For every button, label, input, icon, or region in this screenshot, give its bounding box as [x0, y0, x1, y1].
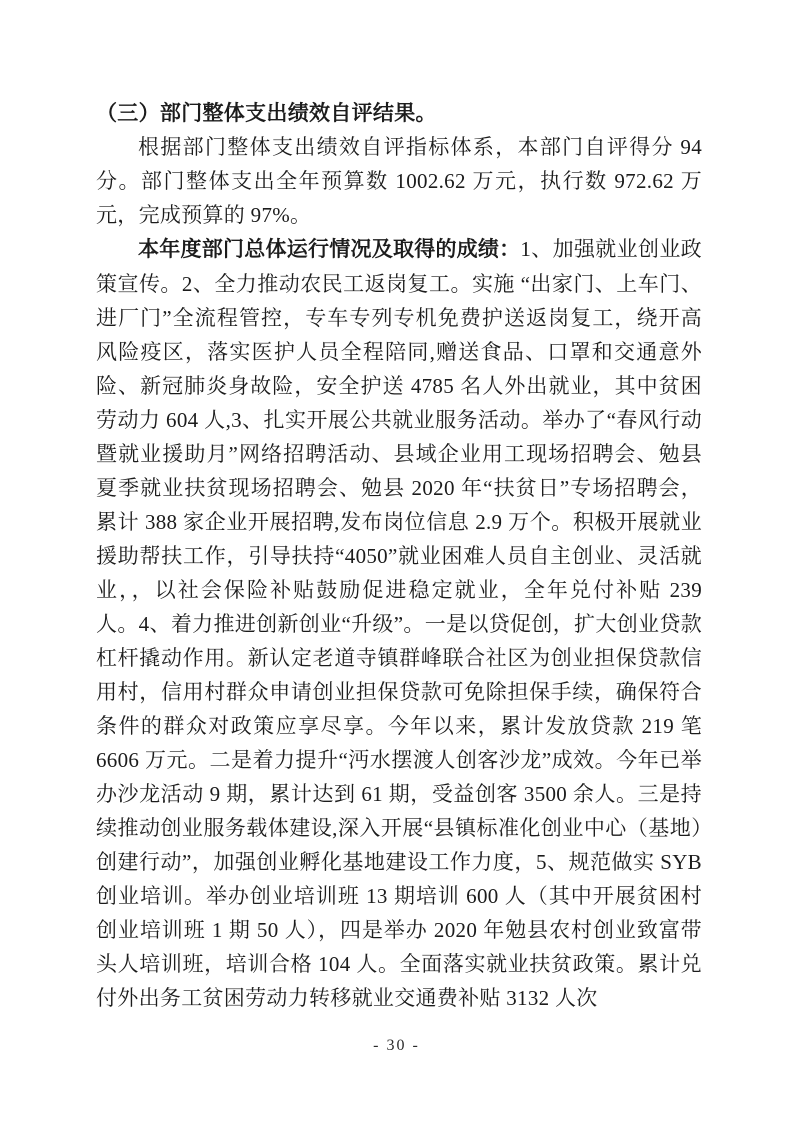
page-body-text: （三）部门整体支出绩效自评结果。 根据部门整体支出绩效自评指标体系，本部门自评得… [96, 96, 702, 1015]
paragraph-body-text: 1、加强就业创业政策宣传。2、全力推动农民工返岗复工。实施 “出家门、上车门、进… [96, 237, 702, 1010]
paragraph-annual-operation: 本年度部门总体运行情况及取得的成绩：1、加强就业创业政策宣传。2、全力推动农民工… [96, 232, 702, 1015]
document-page: （三）部门整体支出绩效自评结果。 根据部门整体支出绩效自评指标体系，本部门自评得… [0, 0, 793, 1122]
section-heading: （三）部门整体支出绩效自评结果。 [96, 96, 702, 130]
page-number: - 30 - [0, 1036, 793, 1056]
paragraph-bold-lead: 本年度部门总体运行情况及取得的成绩： [138, 238, 520, 261]
paragraph-self-evaluation-result: 根据部门整体支出绩效自评指标体系，本部门自评得分 94 分。部门整体支出全年预算… [96, 130, 702, 232]
